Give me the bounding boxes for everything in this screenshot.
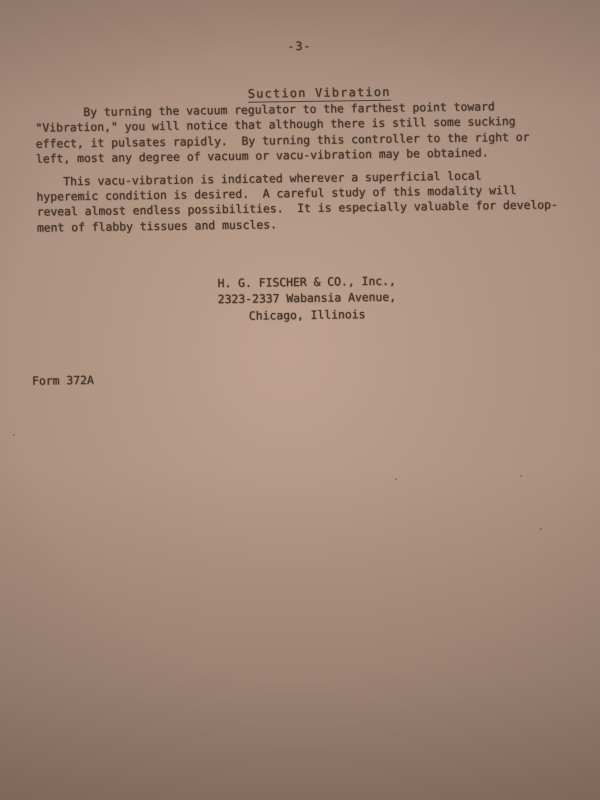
company-address-block: H. G. FISCHER & CO., Inc., 2323-2337 Wab… [7,270,600,328]
paper-speck [395,478,397,480]
heading-text: Suction Vibration [248,85,391,103]
scanned-document-photo: -3- Suction Vibration By turning the vac… [0,0,600,800]
paper-speck [520,475,522,477]
page-number: -3- [0,35,599,57]
form-number: Form 372A [32,373,94,388]
paragraph: By turning the vacuum regulator to the f… [35,98,556,167]
document-body: By turning the vacuum regulator to the f… [35,98,557,242]
paper-speck [540,528,542,530]
paper-speck [13,434,15,436]
document-page: -3- Suction Vibration By turning the vac… [0,0,600,800]
paragraph: This vacu-vibration is indicated whereve… [36,167,557,236]
